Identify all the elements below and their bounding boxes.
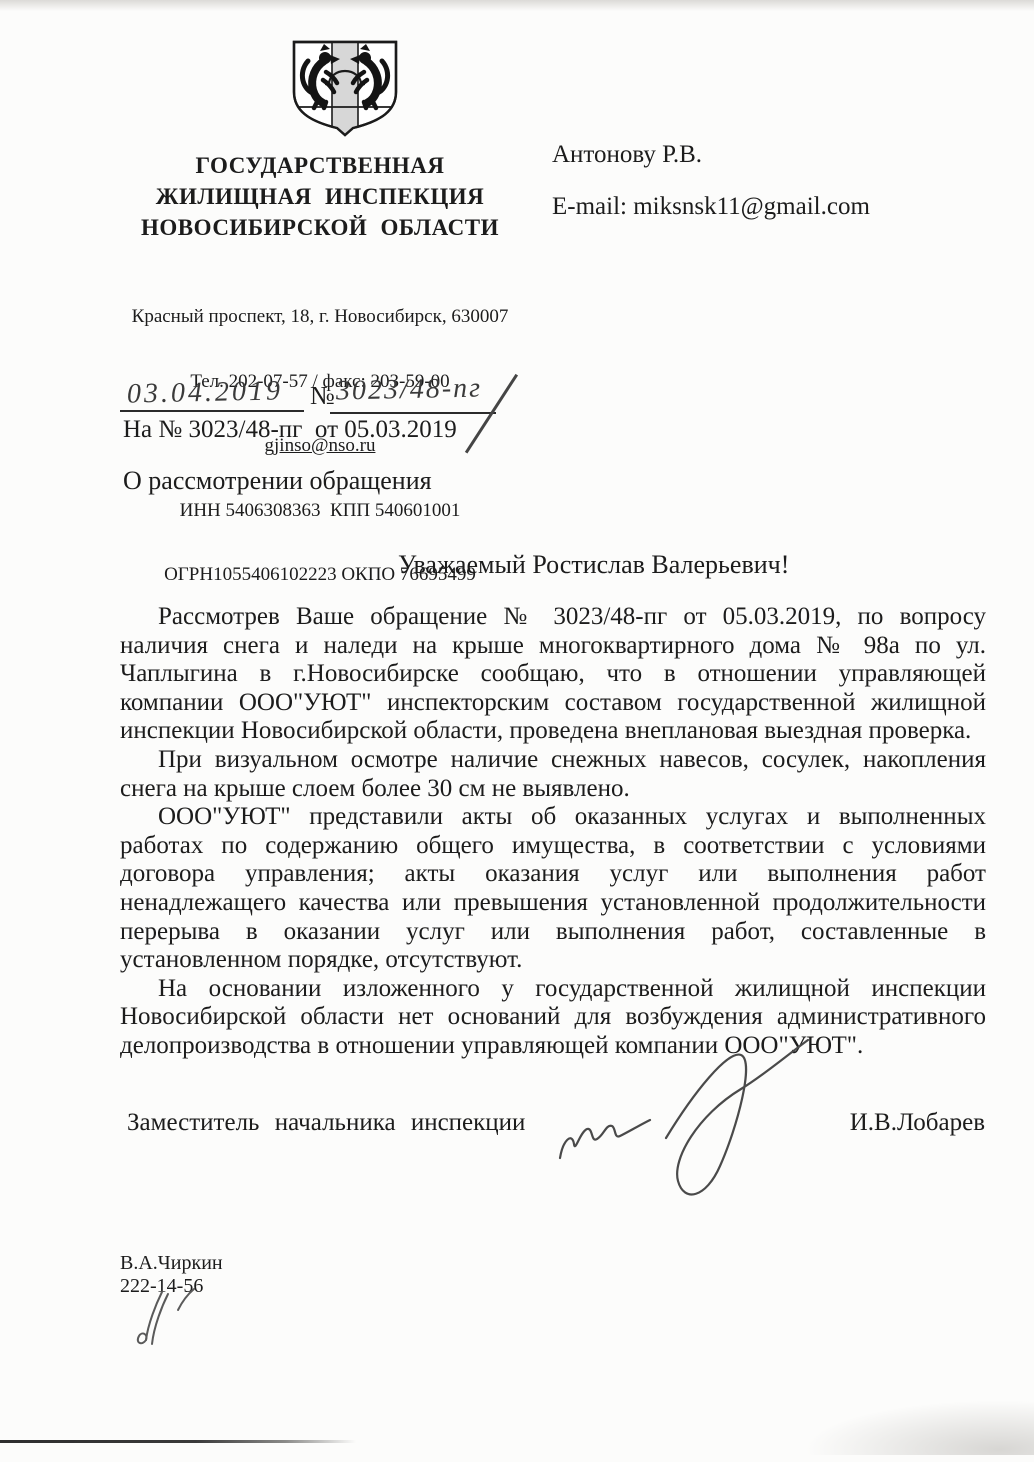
org-inn-kpp: ИНН 5406308363 КПП 540601001 xyxy=(100,500,540,522)
date-underline xyxy=(120,410,304,412)
number-sign: № xyxy=(310,381,335,411)
executor-name: В.А.Чиркин xyxy=(120,1252,223,1275)
org-name: ГОСУДАРСТВЕННАЯ ЖИЛИЩНАЯ ИНСПЕКЦИЯ НОВОС… xyxy=(100,150,540,243)
scan-artifact-top xyxy=(0,0,1034,11)
recipient-email: E-mail: miksnsk11@gmail.com xyxy=(552,193,870,221)
body-paragraph-3: ООО"УЮТ" представили акты об оказанных у… xyxy=(120,803,986,975)
scan-artifact-bottom-line xyxy=(0,1440,356,1443)
org-name-line-2: ЖИЛИЩНАЯ ИНСПЕКЦИЯ xyxy=(100,181,540,212)
recipient-name: Антонову Р.В. xyxy=(552,141,702,169)
salutation: Уважаемый Ростислав Валерьевич! xyxy=(398,550,789,580)
scan-artifact-smudge xyxy=(804,1400,1034,1455)
body-paragraph-2: При визуальном осмотре наличие снежных н… xyxy=(120,746,986,803)
org-name-line-1: ГОСУДАРСТВЕННАЯ xyxy=(100,150,540,181)
letter-page: ГОСУДАРСТВЕННАЯ ЖИЛИЩНАЯ ИНСПЕКЦИЯ НОВОС… xyxy=(0,0,1034,1462)
subject-line: О рассмотрении обращения xyxy=(123,466,432,496)
outgoing-date-handwritten: 03.04.2019 xyxy=(127,375,284,410)
body-paragraph-1: Рассмотрев Ваше обращение № 3023/48-пг о… xyxy=(120,603,986,746)
reply-reference-line: На № 3023/48-пг от 05.03.2019 xyxy=(123,416,457,444)
signature-autograph-icon xyxy=(548,1038,848,1210)
number-underline xyxy=(330,412,496,414)
outgoing-number-handwritten: 3023/48-пг xyxy=(336,372,483,407)
executor-initials-icon xyxy=(126,1282,206,1346)
coat-of-arms-icon xyxy=(285,36,405,140)
org-name-line-3: НОВОСИБИРСКОЙ ОБЛАСТИ xyxy=(100,212,540,243)
signer-title: Заместитель начальника инспекции xyxy=(127,1109,525,1137)
org-address: Красный проспект, 18, г. Новосибирск, 63… xyxy=(100,306,540,328)
letter-body: Рассмотрев Ваше обращение № 3023/48-пг о… xyxy=(120,603,986,1061)
signer-name: И.В.Лобарев xyxy=(850,1109,985,1137)
